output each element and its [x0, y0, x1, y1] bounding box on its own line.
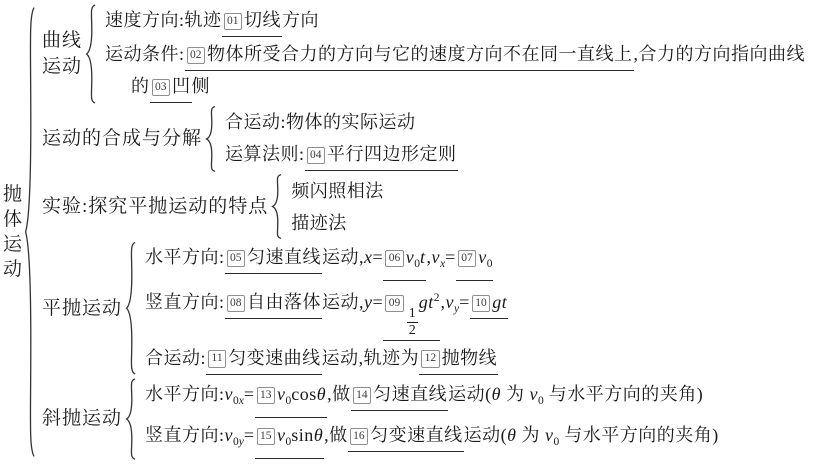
branch-label: 运动的合成与分解 — [42, 106, 202, 172]
text-segment: 水平方向: — [145, 247, 225, 267]
fill-blank: 03凹 — [150, 71, 192, 103]
answer-number-box: 11 — [208, 350, 226, 368]
tree-item: 水平方向:05匀速直线运动,x=06v0t,vx=07v0 — [145, 241, 508, 282]
fill-blank: 08自由落体 — [225, 287, 323, 319]
text-segment: 运算法则: — [225, 144, 305, 164]
branch-items: 水平方向:05匀速直线运动,x=06v0t,vx=07v0 竖直方向:08自由落… — [145, 241, 508, 375]
text-segment: 凹 — [172, 76, 191, 96]
answer-number-box: 10 — [472, 295, 491, 313]
text-segment: v — [225, 384, 234, 404]
text-segment: 匀变速直线 — [370, 425, 463, 445]
tree-item: 频闪照相法 — [291, 175, 384, 207]
text-segment: v — [225, 425, 234, 445]
fraction: 12 — [407, 307, 418, 338]
tree-item: 描迹法 — [291, 207, 384, 239]
fill-blank: 04平行四边形定则 — [305, 139, 458, 171]
text-segment: v — [431, 247, 440, 267]
text-segment: 频闪照相法 — [291, 181, 384, 201]
text-segment: 匀速直线 — [373, 384, 447, 404]
fill-blank: 14匀速直线 — [351, 379, 449, 411]
text-segment: 方向 — [282, 10, 319, 30]
text-segment: 与水平方向的夹角) — [559, 425, 719, 445]
fill-blank: 0912gt2 — [383, 283, 440, 340]
tree-item: 竖直方向:v0y=15v0sinθ,做16匀变速直线运动(θ 为 v0 与水平方… — [145, 419, 719, 460]
brace-icon — [270, 174, 283, 239]
concept-map: 抛体运动 曲线 运动 速度方向:轨迹01切线方向 运动条件:02物体所受合力的方… — [0, 0, 838, 464]
branch-label: 实验:探究平抛运动的特点 — [42, 174, 268, 239]
brace-icon — [124, 241, 137, 375]
text-segment: 运动( — [448, 384, 492, 404]
text-segment: sin — [291, 425, 314, 445]
text-segment: θ — [492, 384, 501, 404]
text-segment: θ — [317, 384, 326, 404]
tree-item: 速度方向:轨迹01切线方向 — [105, 4, 805, 38]
branch-label-line: 运动的合成与分解 — [42, 126, 202, 152]
text-segment: 竖直方向: — [145, 292, 225, 312]
text-segment: = — [244, 384, 255, 404]
brace-icon — [84, 4, 97, 104]
text-segment: t — [502, 292, 508, 312]
answer-number-box: 06 — [385, 250, 404, 268]
tree-item: 合运动:11匀变速曲线运动,轨迹为12抛物线 — [145, 342, 508, 376]
answer-number-box: 13 — [257, 387, 276, 405]
branch-list: 曲线 运动 速度方向:轨迹01切线方向 运动条件:02物体所受合力的方向与它的速… — [36, 3, 836, 461]
text-segment: ,合力的方向指向曲线 — [634, 44, 806, 64]
answer-number-box: 03 — [152, 79, 171, 97]
answer-number-box: 05 — [227, 250, 246, 268]
branch-experiment: 实验:探究平抛运动的特点 频闪照相法 描迹法 — [36, 174, 836, 239]
text-segment: 自由落体 — [247, 292, 321, 312]
text-segment: 匀速直线 — [247, 247, 321, 267]
text-segment: v — [406, 247, 415, 267]
text-segment: 描迹法 — [291, 213, 347, 233]
fill-blank: 02物体所受合力的方向与它的速度方向不在同一直线上 — [185, 39, 634, 71]
text-segment: cos — [291, 384, 317, 404]
text-segment: 竖直方向: — [145, 425, 225, 445]
fill-blank: 12抛物线 — [419, 343, 498, 375]
text-segment: 与水平方向的夹角) — [544, 384, 704, 404]
root-topic-label: 抛体运动 — [2, 182, 23, 282]
text-segment: v — [445, 292, 454, 312]
branch-curvilinear-motion: 曲线 运动 速度方向:轨迹01切线方向 运动条件:02物体所受合力的方向与它的速… — [36, 4, 836, 104]
text-segment: g — [419, 292, 429, 312]
tree-item: 水平方向:v0x=13v0cosθ,做14匀速直线运动(θ 为 v0 与水平方向… — [145, 378, 719, 419]
fill-blank: 15v0sinθ — [255, 420, 325, 459]
text-segment: 平行四边形定则 — [327, 144, 457, 164]
text-segment: = — [373, 247, 384, 267]
text-segment: = — [244, 425, 255, 445]
text-segment: θ — [314, 425, 323, 445]
branch-label-line: 曲线 — [42, 28, 82, 54]
text-segment: 运动( — [464, 425, 508, 445]
text-segment: ,做 — [327, 384, 351, 404]
branch-label: 曲线 运动 — [42, 4, 82, 104]
text-segment: θ — [507, 425, 516, 445]
text-segment: 切线 — [244, 10, 281, 30]
answer-number-box: 15 — [257, 428, 276, 446]
text-segment: 为 — [517, 425, 546, 445]
branch-oblique-projectile: 斜抛运动 水平方向:v0x=13v0cosθ,做14匀速直线运动(θ 为 v0 … — [36, 378, 836, 460]
branch-horizontal-projectile: 平抛运动 水平方向:05匀速直线运动,x=06v0t,vx=07v0 竖直方向:… — [36, 241, 836, 375]
fraction-denominator: 2 — [407, 322, 418, 339]
text-segment: 抛物线 — [442, 348, 498, 368]
text-segment: 的 — [131, 76, 150, 96]
answer-number-box: 14 — [353, 387, 372, 405]
answer-number-box: 01 — [224, 13, 243, 31]
text-segment: = — [459, 292, 470, 312]
answer-number-box: 16 — [350, 428, 369, 446]
text-segment: y — [364, 292, 373, 312]
text-segment: v — [529, 384, 538, 404]
answer-number-box: 12 — [421, 350, 440, 368]
brace-icon — [23, 3, 36, 461]
branch-items: 速度方向:轨迹01切线方向 运动条件:02物体所受合力的方向与它的速度方向不在同… — [105, 4, 805, 104]
text-segment: 运动条件: — [105, 44, 185, 64]
branch-label-line: 实验:探究平抛运动的特点 — [42, 194, 268, 220]
text-segment: 水平方向: — [145, 384, 225, 404]
branch-composition-decomposition: 运动的合成与分解 合运动:物体的实际运动 运算法则:04平行四边形定则 — [36, 106, 836, 172]
text-segment: 为 — [501, 384, 530, 404]
answer-number-box: 07 — [458, 250, 477, 268]
text-segment: g — [492, 292, 502, 312]
fill-blank: 05匀速直线 — [225, 242, 323, 274]
text-segment: 物体所受合力的方向与它的速度方向不在同一直线上 — [207, 44, 633, 64]
text-segment: 速度方向:轨迹 — [105, 10, 222, 30]
branch-items: 频闪照相法 描迹法 — [291, 174, 384, 239]
fill-blank: 13v0cosθ — [255, 379, 328, 418]
fill-blank: 07v0 — [456, 242, 494, 281]
text-segment: 运动, — [322, 247, 364, 267]
text-segment: 运动, — [322, 292, 364, 312]
fill-blank: 01切线 — [222, 5, 283, 37]
tree-item: 合运动:物体的实际运动 — [225, 106, 458, 138]
tree-item: 运动条件:02物体所受合力的方向与它的速度方向不在同一直线上,合力的方向指向曲线… — [105, 38, 805, 104]
text-segment: ,做 — [324, 425, 348, 445]
text-segment: x — [364, 247, 373, 267]
text-segment: 合运动: — [145, 348, 206, 368]
text-segment: = — [373, 292, 384, 312]
fill-blank: 10gt — [470, 287, 509, 319]
branch-items: 合运动:物体的实际运动 运算法则:04平行四边形定则 — [225, 106, 458, 172]
branch-label-line: 斜抛运动 — [42, 406, 122, 432]
tree-item: 竖直方向:08自由落体运动,y=0912gt2,vy=10gt — [145, 282, 508, 341]
branch-items: 水平方向:v0x=13v0cosθ,做14匀速直线运动(θ 为 v0 与水平方向… — [145, 378, 719, 460]
text-segment: v — [545, 425, 554, 445]
brace-icon — [204, 106, 217, 172]
fraction-numerator: 1 — [407, 307, 418, 322]
text-segment: 合运动:物体的实际运动 — [225, 112, 416, 132]
fill-blank: 16匀变速直线 — [348, 420, 464, 452]
text-segment: 运动,轨迹为 — [322, 348, 420, 368]
brace-icon — [124, 378, 137, 460]
text-segment: 2 — [434, 292, 440, 304]
text-segment: v — [277, 384, 286, 404]
answer-number-box: 08 — [227, 295, 246, 313]
text-segment: t — [420, 247, 426, 267]
fill-blank: 06v0t — [383, 242, 426, 281]
answer-number-box: 09 — [385, 295, 404, 313]
branch-label-line: 平抛运动 — [42, 296, 122, 322]
text-segment: 0 — [487, 258, 493, 270]
branch-label: 斜抛运动 — [42, 378, 122, 460]
fill-blank: 11匀变速曲线 — [206, 343, 322, 375]
text-segment: = — [445, 247, 456, 267]
branch-label-line: 运动 — [42, 54, 82, 80]
branch-label: 平抛运动 — [42, 241, 122, 375]
text-segment: v — [478, 247, 487, 267]
text-segment: v — [277, 425, 286, 445]
text-segment: 匀变速曲线 — [228, 348, 321, 368]
text-segment: 侧 — [192, 76, 211, 96]
tree-item: 运算法则:04平行四边形定则 — [225, 138, 458, 172]
answer-number-box: 04 — [307, 147, 326, 165]
answer-number-box: 02 — [187, 47, 206, 65]
